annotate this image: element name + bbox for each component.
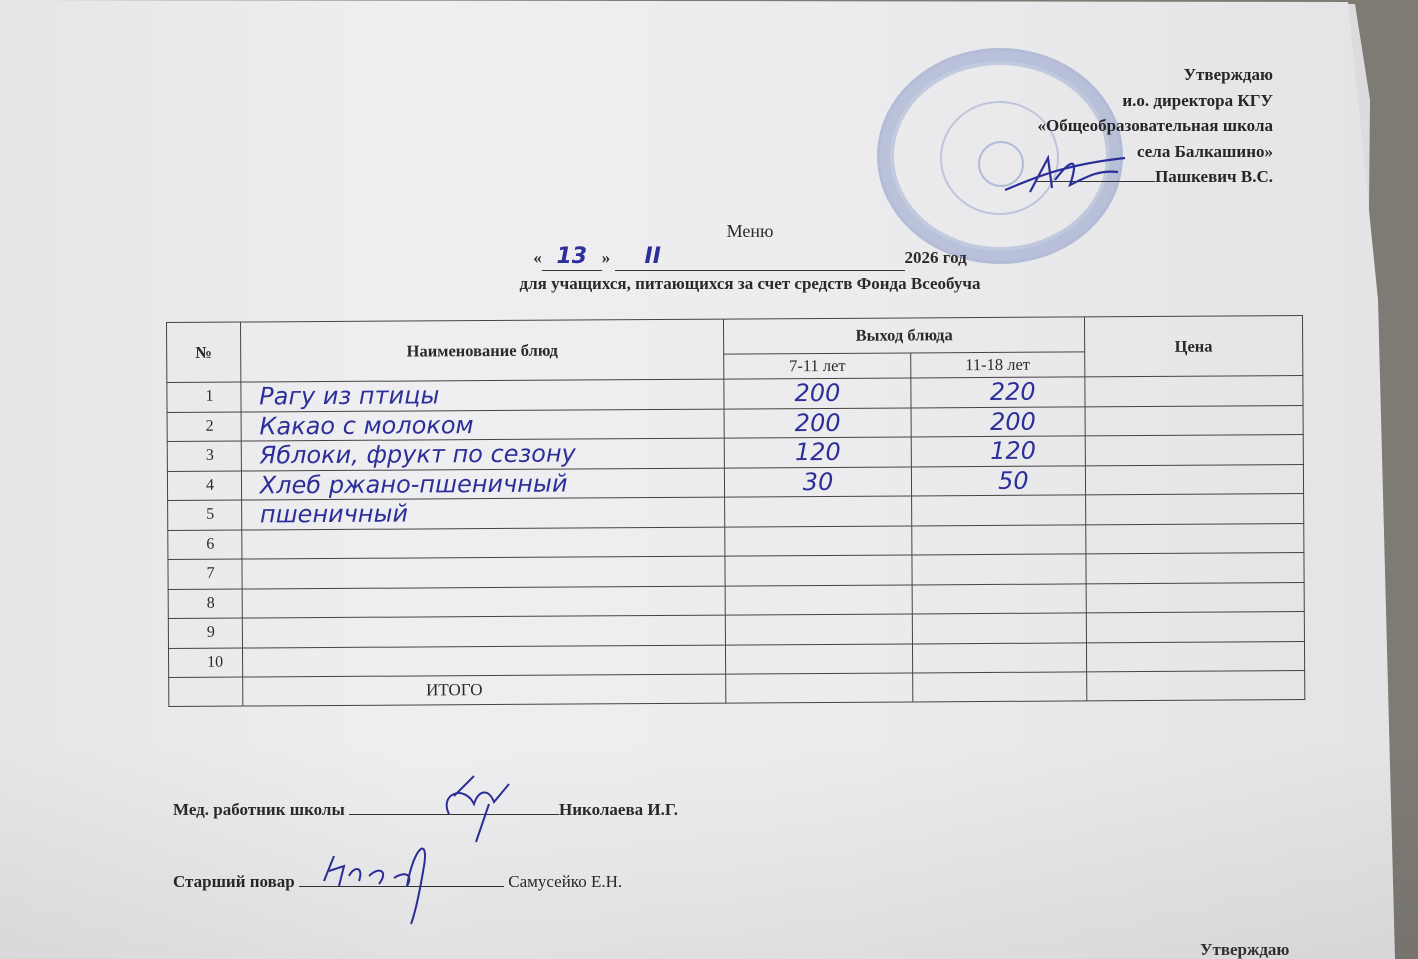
total-label: ИТОГО (242, 674, 726, 706)
row-number: 1 (167, 382, 241, 412)
header-output: Выход блюда (724, 317, 1085, 354)
price (1085, 464, 1303, 495)
dish-name: Яблоки, фрукт по сезону (241, 438, 725, 470)
qty-11-18: 120 (911, 436, 1085, 467)
qty-7-11 (725, 496, 912, 527)
price (1086, 612, 1304, 643)
qty-11-18: 200 (911, 406, 1085, 437)
row-number: 5 (168, 500, 242, 530)
price (1085, 435, 1303, 466)
cook-signature-icon (319, 836, 449, 926)
qty-11-18: 220 (911, 377, 1085, 408)
qty-7-11: 200 (724, 378, 911, 409)
price (1085, 494, 1303, 525)
med-worker-name: Николаева И.Г. (559, 800, 678, 819)
med-worker-signature-line: Мед. работник школы Николаева И.Г. (173, 800, 678, 820)
row-number: 9 (168, 618, 242, 648)
total-7-11 (726, 673, 913, 703)
document-subtitle: для учащихся, питающихся за счет средств… (380, 271, 1120, 297)
row-number: 8 (168, 589, 242, 619)
approval-position: и.о. директора КГУ (1035, 88, 1273, 114)
price (1086, 582, 1304, 613)
dish-name (242, 527, 726, 559)
menu-table: № Наименование блюд Выход блюда Цена 7-1… (166, 315, 1305, 707)
header-age-11-18: 11-18 лет (911, 352, 1085, 378)
qty-11-18 (912, 613, 1086, 644)
dish-name (242, 556, 726, 588)
med-worker-label: Мед. работник школы (173, 800, 345, 819)
med-worker-signature (349, 814, 559, 815)
date-day: 13 (542, 244, 602, 271)
approval-title: Утверждаю (1035, 62, 1273, 88)
dish-name: Какао с молоком (241, 409, 725, 441)
qty-7-11 (725, 584, 912, 615)
document-title-block: Меню «13» II2026 год для учащихся, питаю… (380, 218, 1120, 297)
header-age-7-11: 7-11 лет (724, 353, 911, 379)
price (1085, 405, 1303, 436)
dish-name: Хлеб ржано-пшеничный (241, 468, 725, 500)
med-signature-icon (434, 774, 514, 844)
price (1086, 553, 1304, 584)
date-year: 2026 год (905, 248, 967, 267)
cook-signature-line: Старший повар Самусейко Е.Н. (173, 872, 622, 892)
qty-11-18 (912, 554, 1086, 585)
qty-7-11 (726, 614, 913, 645)
dish-name: пшеничный (241, 497, 725, 529)
document-title: Меню (380, 218, 1120, 244)
qty-7-11: 120 (724, 437, 911, 468)
price (1085, 376, 1303, 407)
qty-11-18 (912, 642, 1086, 673)
total-no-cell (169, 677, 243, 706)
director-signature-icon (1000, 150, 1130, 200)
price (1086, 641, 1304, 672)
dish-name (242, 615, 726, 647)
row-number: 7 (168, 559, 242, 589)
qty-11-18 (912, 583, 1086, 614)
dish-name: Рагу из птицы (241, 379, 725, 411)
qty-7-11: 200 (724, 407, 911, 438)
header-dish-name: Наименование блюд (240, 319, 724, 382)
qty-11-18 (912, 524, 1086, 555)
qty-7-11 (725, 525, 912, 556)
row-number: 6 (168, 530, 242, 560)
header-price: Цена (1084, 316, 1303, 377)
row-number: 2 (167, 412, 241, 442)
qty-11-18: 50 (911, 465, 1085, 496)
row-number: 10 (168, 648, 242, 678)
date-line: «13» II2026 год (380, 244, 1120, 271)
next-page-approval: Утверждаю (1200, 940, 1289, 959)
approval-org-line1: «Общеобразовательная школа (1035, 113, 1273, 139)
total-price (1086, 671, 1304, 701)
cook-signature (299, 886, 504, 887)
dish-name (242, 645, 726, 677)
cook-label: Старший повар (173, 872, 295, 891)
qty-7-11 (725, 555, 912, 586)
row-number: 4 (167, 471, 241, 501)
price (1086, 523, 1304, 554)
cook-name: Самусейко Е.Н. (508, 872, 622, 891)
qty-7-11 (726, 643, 913, 674)
dish-name (242, 586, 726, 618)
total-11-18 (912, 672, 1086, 702)
header-no: № (167, 322, 241, 382)
qty-11-18 (911, 495, 1085, 526)
qty-7-11: 30 (725, 466, 912, 497)
date-month: II (615, 244, 905, 271)
row-number: 3 (167, 441, 241, 471)
